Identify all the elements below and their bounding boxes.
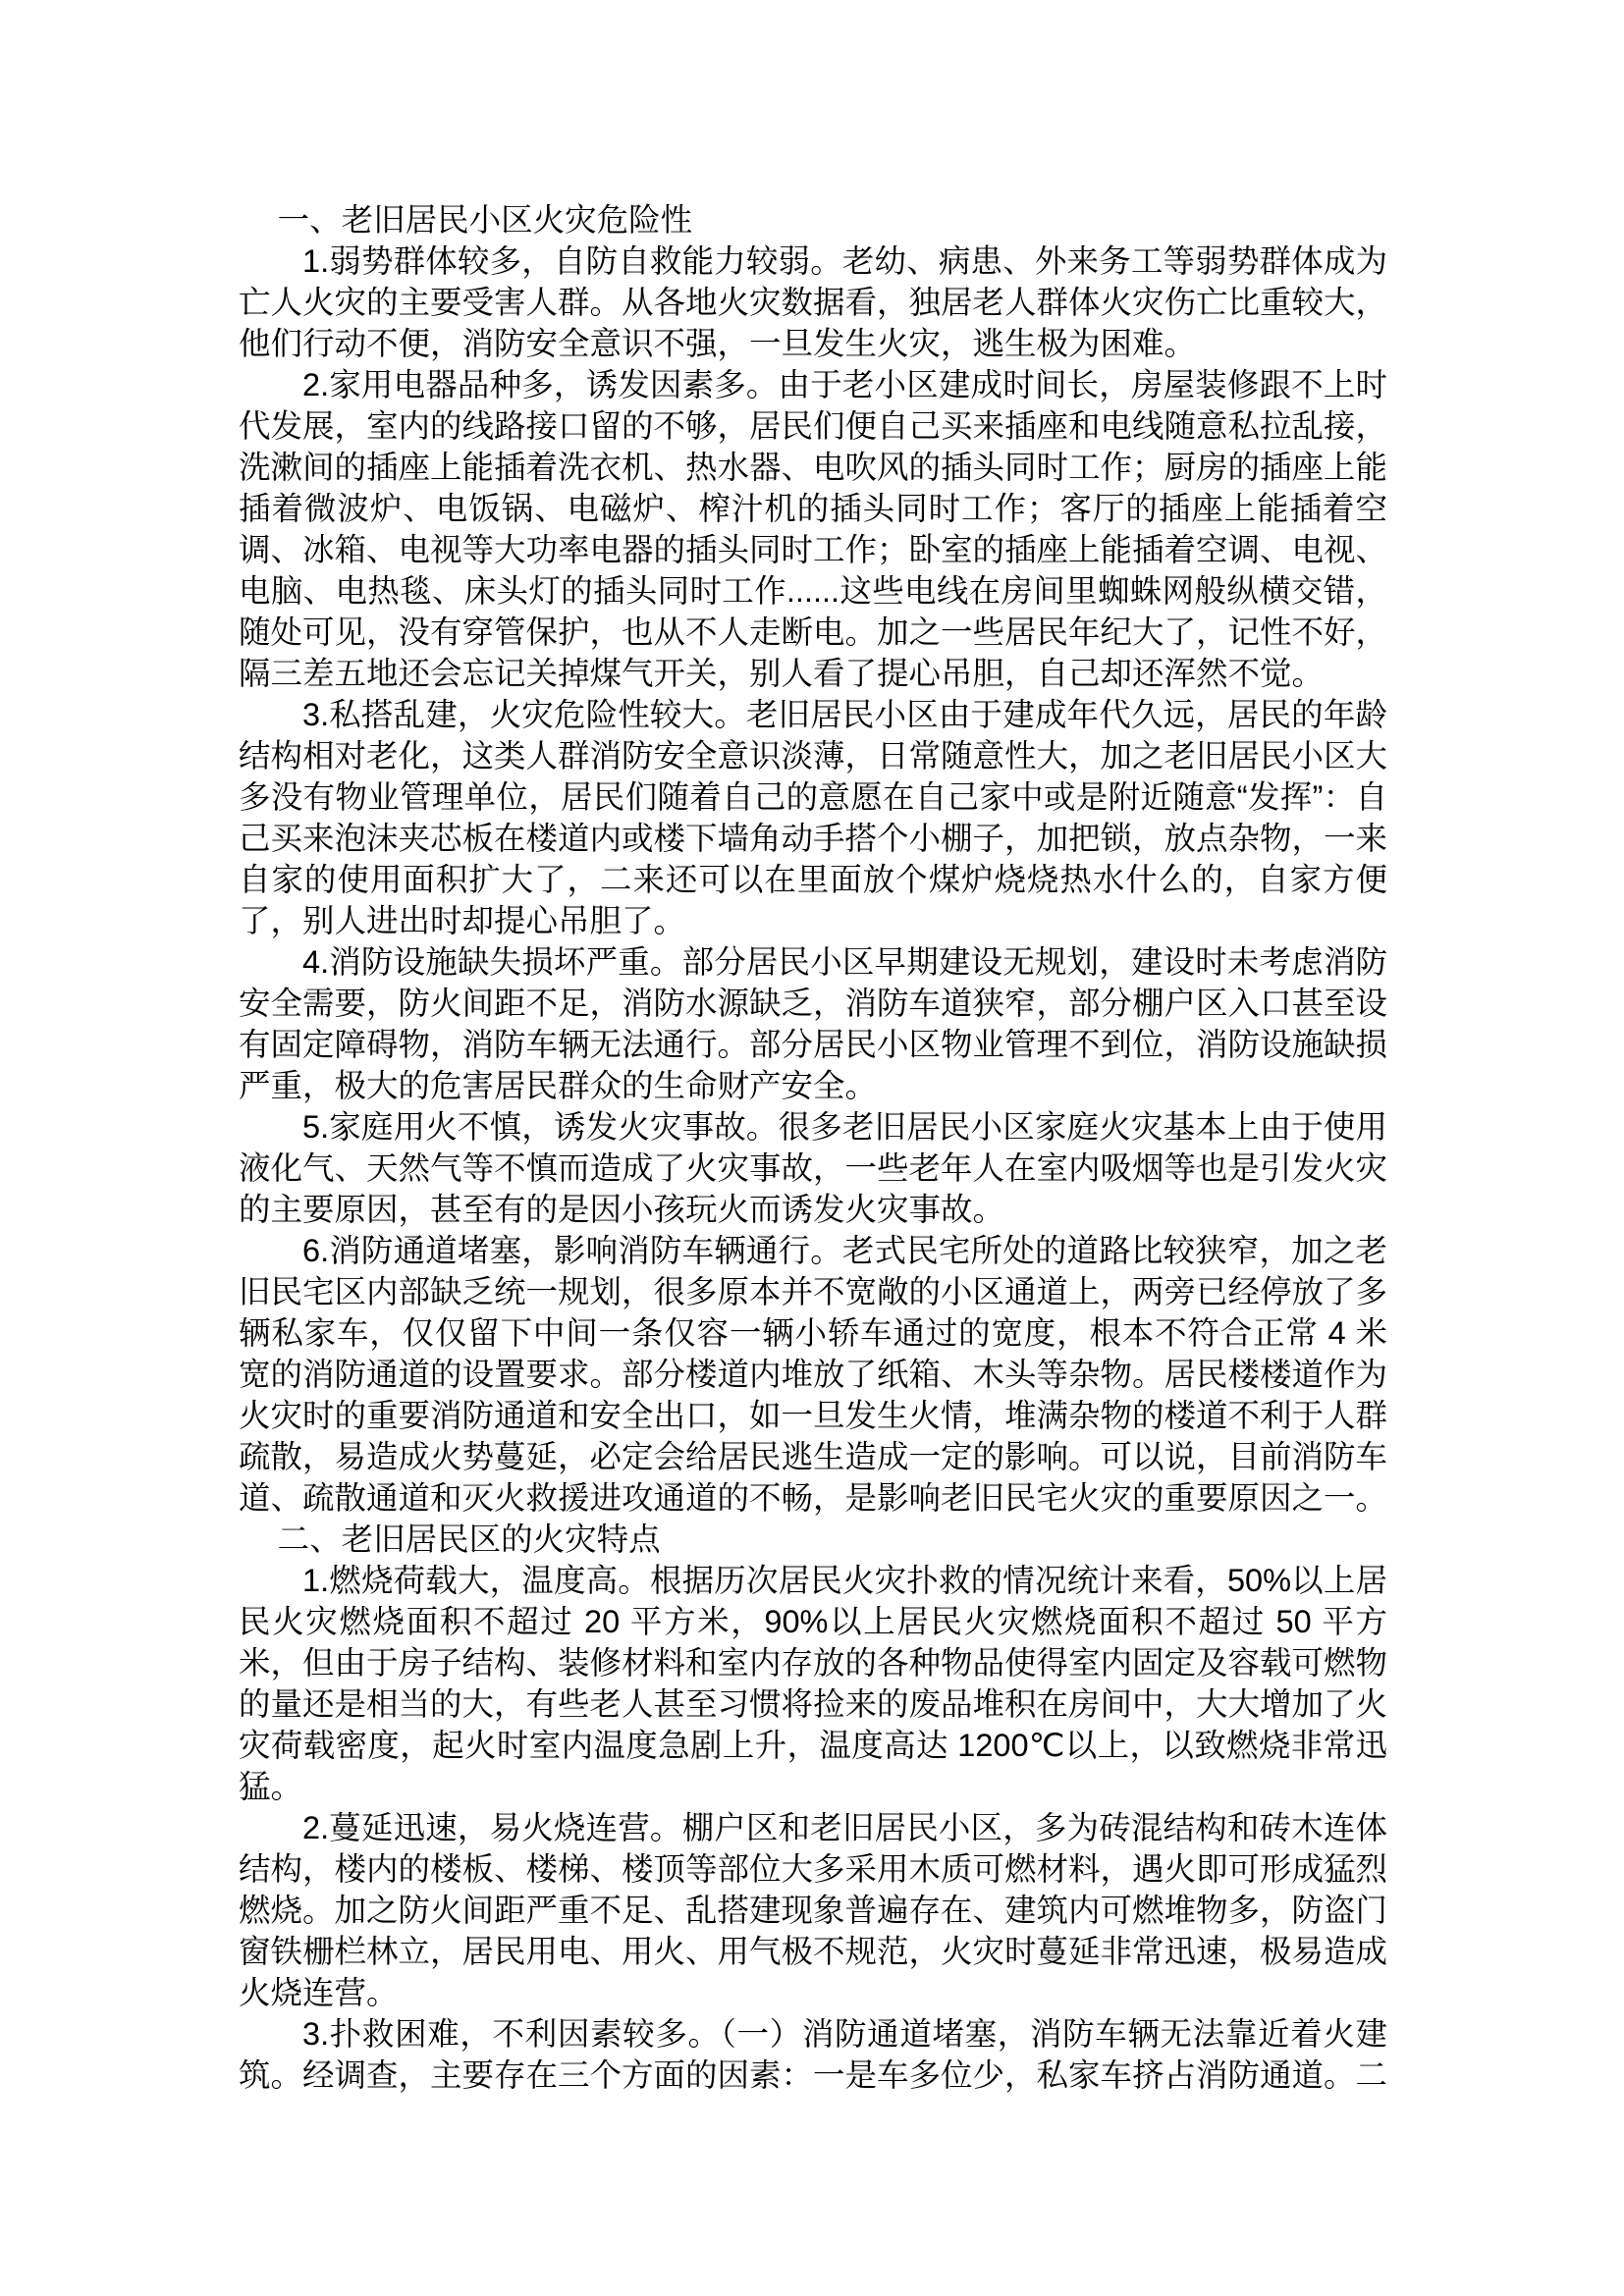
section-heading: 二、老旧居民区的火灾特点 — [239, 1519, 1387, 1560]
document-page: 一、老旧居民小区火灾危险性1.弱势群体较多，自防自救能力较弱。老幼、病患、外来务… — [0, 0, 1624, 2296]
paragraph: 2.蔓延迅速，易火烧连营。棚户区和老旧居民小区，多为砖混结构和砖木连体结构，楼内… — [239, 1807, 1387, 2013]
paragraph: 3.私搭乱建，火灾危险性较大。老旧居民小区由于建成年代久远，居民的年龄结构相对老… — [239, 694, 1387, 941]
paragraph: 1.燃烧荷载大，温度高。根据历次居民火灾扑救的情况统计来看，50%以上居民火灾燃… — [239, 1560, 1387, 1807]
paragraph: 5.家庭用火不慎，诱发火灾事故。很多老旧居民小区家庭火灾基本上由于使用液化气、天… — [239, 1106, 1387, 1230]
paragraph: 4.消防设施缺失损坏严重。部分居民小区早期建设无规划，建设时未考虑消防安全需要，… — [239, 941, 1387, 1106]
paragraph: 3.扑救困难，不利因素较多。（一）消防通道堵塞，消防车辆无法靠近着火建筑。经调查… — [239, 2013, 1387, 2096]
paragraph: 1.弱势群体较多，自防自救能力较弱。老幼、病患、外来务工等弱势群体成为亡人火灾的… — [239, 240, 1387, 364]
section-heading: 一、老旧居民小区火灾危险性 — [239, 199, 1387, 240]
paragraph: 2.家用电器品种多，诱发因素多。由于老小区建成时间长，房屋装修跟不上时代发展，室… — [239, 364, 1387, 694]
document-content: 一、老旧居民小区火灾危险性1.弱势群体较多，自防自救能力较弱。老幼、病患、外来务… — [239, 199, 1387, 2096]
paragraph: 6.消防通道堵塞，影响消防车辆通行。老式民宅所处的道路比较狭窄，加之老旧民宅区内… — [239, 1230, 1387, 1519]
